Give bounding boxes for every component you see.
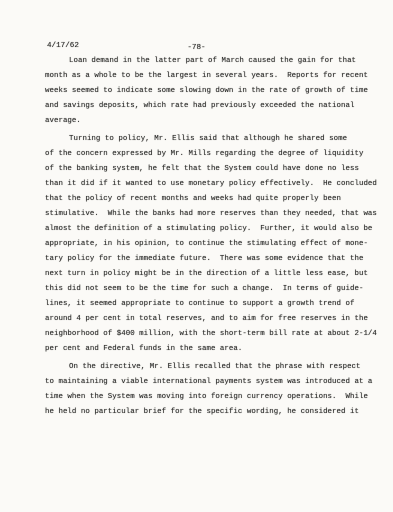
text-line: stimulative. While the banks had more re… xyxy=(45,207,383,222)
document-page: 4/17/62 -78- Loan demand in the latter p… xyxy=(0,0,393,512)
text-line: this did not seem to be the time for suc… xyxy=(45,282,383,297)
text-line: to maintaining a viable international pa… xyxy=(45,375,383,390)
text-line: that the policy of recent months and wee… xyxy=(45,192,383,207)
paragraph: Turning to policy, Mr. Ellis said that a… xyxy=(45,132,383,357)
text-line: around 4 per cent in total reserves, and… xyxy=(45,312,383,327)
text-line: On the directive, Mr. Ellis recalled tha… xyxy=(45,360,383,375)
text-line: he held no particular brief for the spec… xyxy=(45,405,383,420)
text-line: appropriate, in his opinion, to continue… xyxy=(45,237,383,252)
text-line: of the concern expressed by Mr. Mills re… xyxy=(45,147,383,162)
text-line: month as a whole to be the largest in se… xyxy=(45,69,383,84)
paragraph: On the directive, Mr. Ellis recalled tha… xyxy=(45,360,383,420)
text-line: weeks seemed to indicate some slowing do… xyxy=(45,84,383,99)
text-line: lines, it seemed appropriate to continue… xyxy=(45,297,383,312)
text-line: and savings deposits, which rate had pre… xyxy=(45,99,383,114)
text-line: per cent and Federal funds in the same a… xyxy=(45,342,383,357)
text-line: almost the definition of a stimulating p… xyxy=(45,222,383,237)
text-line: Loan demand in the latter part of March … xyxy=(45,54,383,69)
page-number: -78- xyxy=(0,43,393,53)
text-line: tary policy for the immediate future. Th… xyxy=(45,252,383,267)
paragraph: Loan demand in the latter part of March … xyxy=(45,54,383,129)
text-line: neighborhood of $400 million, with the s… xyxy=(45,327,383,342)
text-line: of the banking system, he felt that the … xyxy=(45,162,383,177)
text-line: Turning to policy, Mr. Ellis said that a… xyxy=(45,132,383,147)
document-body: Loan demand in the latter part of March … xyxy=(45,54,383,420)
text-line: time when the System was moving into for… xyxy=(45,390,383,405)
page-header: 4/17/62 -78- xyxy=(0,41,393,53)
text-line: average. xyxy=(45,114,383,129)
text-line: than it did if it wanted to use monetary… xyxy=(45,177,383,192)
text-line: next turn in policy might be in the dire… xyxy=(45,267,383,282)
